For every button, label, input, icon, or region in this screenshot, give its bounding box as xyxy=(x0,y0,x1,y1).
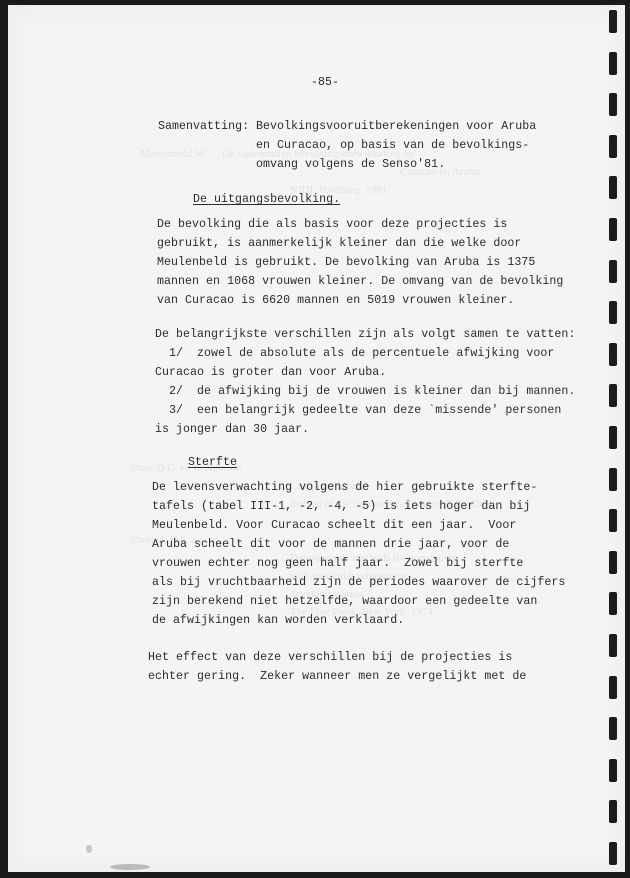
binding-hole xyxy=(609,343,617,366)
paragraph-line: Aruba scheelt dit voor de mannen drie ja… xyxy=(152,538,509,552)
binding-hole xyxy=(609,426,617,449)
summary-title-line-1: Bevolkingsvooruitberekeningen voor Aruba xyxy=(256,120,536,134)
paragraph-line: De belangrijkste verschillen zijn als vo… xyxy=(155,328,575,342)
section-heading-sterfte: Sterfte xyxy=(188,456,237,470)
binding-hole xyxy=(609,135,617,158)
paragraph-line: Meulenbeld is gebruikt. De bevolking van… xyxy=(157,256,535,270)
paragraph-line: De levensverwachting volgens de hier geb… xyxy=(152,481,537,495)
paragraph-line: De bevolking die als basis voor deze pro… xyxy=(157,218,507,232)
smudge-mark xyxy=(86,845,92,853)
paragraph-line: gebruikt, is aanmerkelijk kleiner dan di… xyxy=(157,237,521,251)
binding-hole xyxy=(609,592,617,615)
paragraph-line: is jonger dan 30 jaar. xyxy=(155,423,309,437)
list-item-2: 2/ de afwijking bij de vrouwen is kleine… xyxy=(155,385,575,399)
list-item-3: 3/ een belangrijk gedeelte van deze `mis… xyxy=(155,404,561,418)
smudge-mark xyxy=(110,864,150,870)
binding-hole xyxy=(609,759,617,782)
page-number: -85- xyxy=(311,76,339,90)
paragraph-line: echter gering. Zeker wanneer men ze verg… xyxy=(148,670,526,684)
paragraph-line: van Curacao is 6620 mannen en 5019 vrouw… xyxy=(157,294,514,308)
binding-hole xyxy=(609,717,617,740)
binding-hole xyxy=(609,301,617,324)
paragraph-line: tafels (tabel III-1, -2, -4, -5) is iets… xyxy=(152,500,530,514)
binding-hole xyxy=(609,551,617,574)
summary-label: Samenvatting: xyxy=(158,120,249,134)
paragraph-line: de afwijkingen kan worden verklaard. xyxy=(152,614,404,628)
binding-hole xyxy=(609,10,617,33)
summary-title-line-2: en Curacao, op basis van de bevolkings- xyxy=(256,139,529,153)
binding-hole xyxy=(609,260,617,283)
paragraph-line: zijn berekend niet hetzelfde, waardoor e… xyxy=(152,595,537,609)
list-item-1: 1/ zowel de absolute als de percentuele … xyxy=(155,347,554,361)
binding-hole xyxy=(609,468,617,491)
binding-hole xyxy=(609,676,617,699)
binding-hole xyxy=(609,800,617,823)
binding-hole xyxy=(609,634,617,657)
binding-hole xyxy=(609,509,617,532)
paragraph-line: Curacao is groter dan voor Aruba. xyxy=(155,366,386,380)
binding-hole xyxy=(609,52,617,75)
paragraph-line: Het effect van deze verschillen bij de p… xyxy=(148,651,512,665)
paragraph-line: mannen en 1068 vrouwen kleiner. De omvan… xyxy=(157,275,563,289)
binding-hole xyxy=(609,93,617,116)
paragraph-line: vrouwen echter nog geen half jaar. Zowel… xyxy=(152,557,523,571)
summary-title-line-3: omvang volgens de Senso'81. xyxy=(256,158,445,172)
binding-hole xyxy=(609,218,617,241)
document-page xyxy=(8,5,625,872)
binding-hole xyxy=(609,176,617,199)
binding-hole xyxy=(609,384,617,407)
binding-hole xyxy=(609,842,617,865)
section-heading-uitgangsbevolking: De uitgangsbevolking. xyxy=(193,193,340,207)
paragraph-line: als bij vruchtbaarheid zijn de periodes … xyxy=(152,576,565,590)
paragraph-line: Meulenbeld. Voor Curacao scheelt dit een… xyxy=(152,519,516,533)
